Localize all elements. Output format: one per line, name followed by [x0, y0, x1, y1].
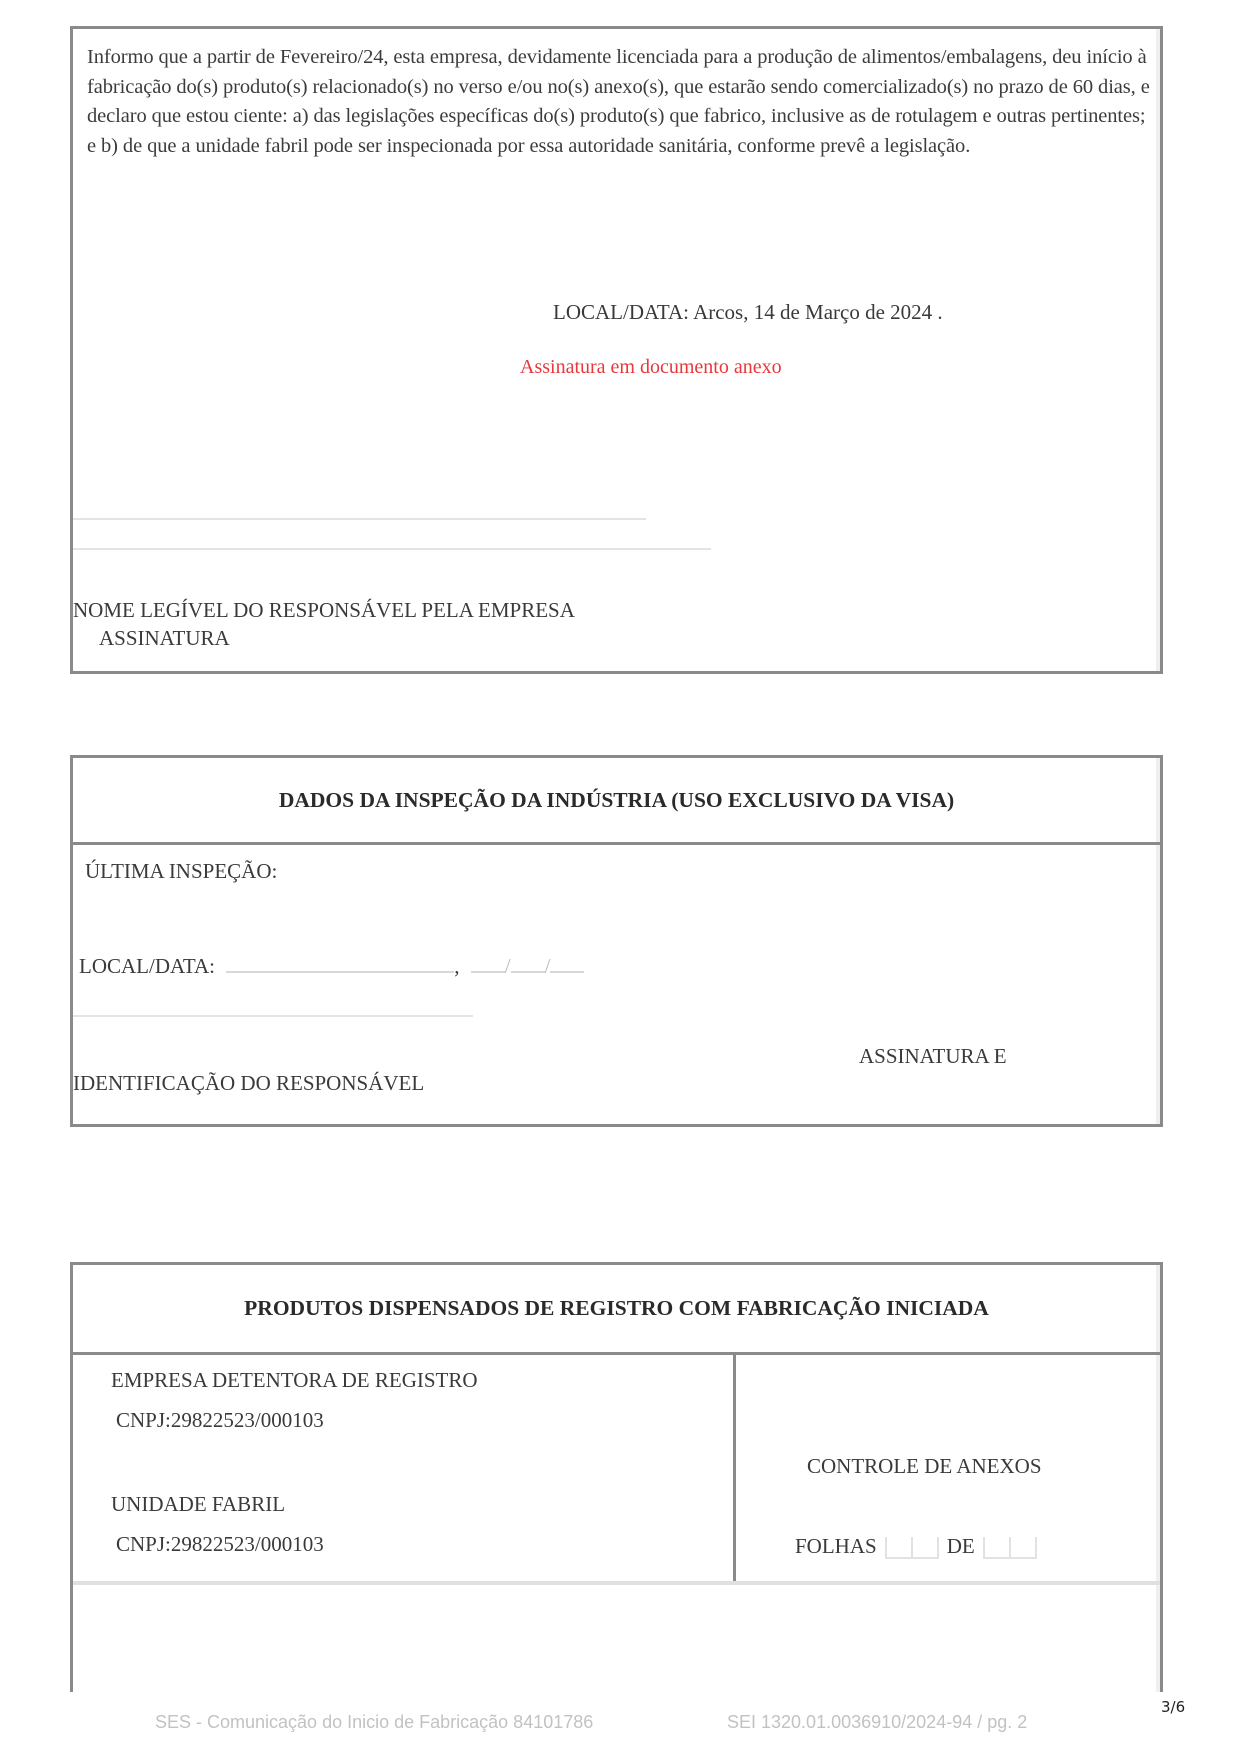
declaration-box: Informo que a partir de Fevereiro/24, es… [70, 26, 1163, 674]
registrant-cnpj: CNPJ:29822523/000103 [116, 1407, 324, 1434]
footer-document-title: SES - Comunicação do Inicio de Fabricaçã… [155, 1712, 593, 1733]
factory-label: UNIDADE FABRIL [111, 1491, 285, 1518]
month-blank-field[interactable] [511, 953, 545, 973]
total-sheets-field[interactable] [983, 1537, 1037, 1559]
signature-note: Assinatura em documento anexo [520, 354, 782, 380]
sheets-number-field[interactable] [885, 1537, 939, 1559]
responsible-name-label: NOME LEGÍVEL DO RESPONSÁVEL PELA EMPRESA [73, 597, 575, 624]
year-blank-field[interactable] [550, 953, 584, 973]
column-divider [733, 1355, 736, 1581]
inspector-identification-label: IDENTIFICAÇÃO DO RESPONSÁVEL [73, 1070, 424, 1097]
signature-line [73, 518, 646, 520]
sheets-label: FOLHAS [795, 1534, 877, 1558]
products-title: PRODUTOS DISPENSADOS DE REGISTRO COM FAB… [73, 1265, 1160, 1355]
products-info-row: EMPRESA DETENTORA DE REGISTRO CNPJ:29822… [73, 1355, 1160, 1585]
footer-process-number: SEI 1320.01.0036910/2024-94 / pg. 2 [727, 1712, 1027, 1733]
sheets-counter: FOLHASDE [795, 1533, 1045, 1560]
local-date-label: LOCAL/DATA: [79, 954, 215, 978]
annex-control-label: CONTROLE DE ANEXOS [807, 1453, 1042, 1480]
factory-cnpj: CNPJ:29822523/000103 [116, 1531, 324, 1558]
declaration-text: Informo que a partir de Fevereiro/24, es… [87, 43, 1152, 161]
inspector-signature-label: ASSINATURA E [859, 1043, 1007, 1070]
inspection-title: DADOS DA INSPEÇÃO DA INDÚSTRIA (USO EXCL… [73, 758, 1160, 845]
day-blank-field[interactable] [471, 953, 505, 973]
products-box: PRODUTOS DISPENSADOS DE REGISTRO COM FAB… [70, 1262, 1163, 1692]
last-inspection-label: ÚLTIMA INSPEÇÃO: [85, 858, 277, 885]
inspection-local-date: LOCAL/DATA: , // [79, 953, 584, 980]
inspector-signature-line [73, 1015, 473, 1017]
box-shadow [1156, 29, 1160, 671]
local-blank-field[interactable] [226, 953, 454, 973]
comma: , [454, 954, 459, 978]
name-line [73, 548, 711, 550]
of-label: DE [947, 1534, 975, 1558]
inspection-box: DADOS DA INSPEÇÃO DA INDÚSTRIA (USO EXCL… [70, 755, 1163, 1127]
local-date: LOCAL/DATA: Arcos, 14 de Março de 2024 . [553, 299, 943, 326]
registrant-label: EMPRESA DETENTORA DE REGISTRO [111, 1367, 478, 1394]
signature-label: ASSINATURA [99, 625, 230, 652]
page-counter: 3/6 [1161, 1698, 1185, 1716]
